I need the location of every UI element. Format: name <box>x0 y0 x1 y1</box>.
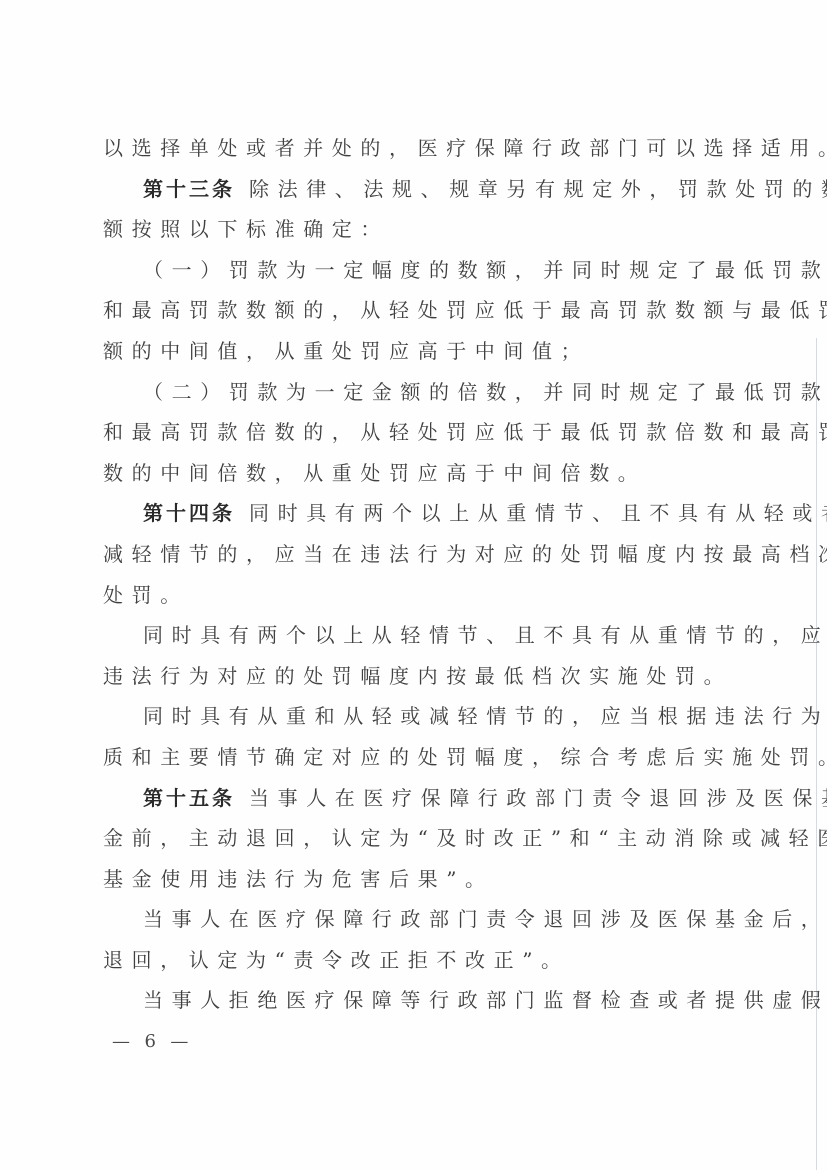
text-line: 以选择单处或者并处的，医疗保障行政部门可以选择适用。 <box>103 128 713 169</box>
text-line: 违法行为对应的处罚幅度内按最低档次实施处罚。 <box>103 656 713 697</box>
text-line: 退回，认定为“责令改正拒不改正”。 <box>103 940 713 981</box>
text-line: 基金使用违法行为危害后果”。 <box>103 859 713 900</box>
document-page: 以选择单处或者并处的，医疗保障行政部门可以选择适用。 第十三条除法律、法规、规章… <box>0 0 827 1170</box>
text-line: 同时具有两个以上从轻情节、且不具有从重情节的，应当在 <box>103 615 713 656</box>
article-15-line: 第十五条当事人在医疗保障行政部门责令退回涉及医保基 <box>103 778 713 819</box>
text-line: 减轻情节的，应当在违法行为对应的处罚幅度内按最高档次实施 <box>103 534 713 575</box>
article-heading: 第十五条 <box>143 786 235 810</box>
text-line: 当事人拒绝医疗保障等行政部门监督检查或者提供虚假情 <box>103 980 713 1021</box>
text-line: 当事人在医疗保障行政部门责令退回涉及医保基金后，拒不 <box>103 899 713 940</box>
text-line: 和最高罚款数额的，从轻处罚应低于最高罚款数额与最低罚款数 <box>103 290 713 331</box>
text-line: 额按照以下标准确定： <box>103 209 713 250</box>
article-13-line: 第十三条除法律、法规、规章另有规定外，罚款处罚的数 <box>103 169 713 210</box>
text-line: 额的中间值，从重处罚应高于中间值； <box>103 331 713 372</box>
text-line: 数的中间倍数，从重处罚应高于中间倍数。 <box>103 453 713 494</box>
text-line: 金前，主动退回，认定为“及时改正”和“主动消除或减轻医保 <box>103 818 713 859</box>
page-number: — 6 — <box>112 1031 189 1052</box>
text-line: （二）罚款为一定金额的倍数，并同时规定了最低罚款倍数 <box>103 372 713 413</box>
article-heading: 第十三条 <box>143 177 235 201</box>
text-line: 和最高罚款倍数的，从轻处罚应低于最低罚款倍数和最高罚款倍 <box>103 412 713 453</box>
text-line: 同时具有从重和从轻或减轻情节的，应当根据违法行为的性 <box>103 696 713 737</box>
article-14-line: 第十四条同时具有两个以上从重情节、且不具有从轻或者 <box>103 493 713 534</box>
document-body: 以选择单处或者并处的，医疗保障行政部门可以选择适用。 第十三条除法律、法规、规章… <box>103 128 713 1021</box>
text-line: （一）罚款为一定幅度的数额，并同时规定了最低罚款数额 <box>103 250 713 291</box>
text-line: 处罚。 <box>103 575 713 616</box>
article-heading: 第十四条 <box>143 501 235 525</box>
text-line: 质和主要情节确定对应的处罚幅度，综合考虑后实施处罚。 <box>103 737 713 778</box>
